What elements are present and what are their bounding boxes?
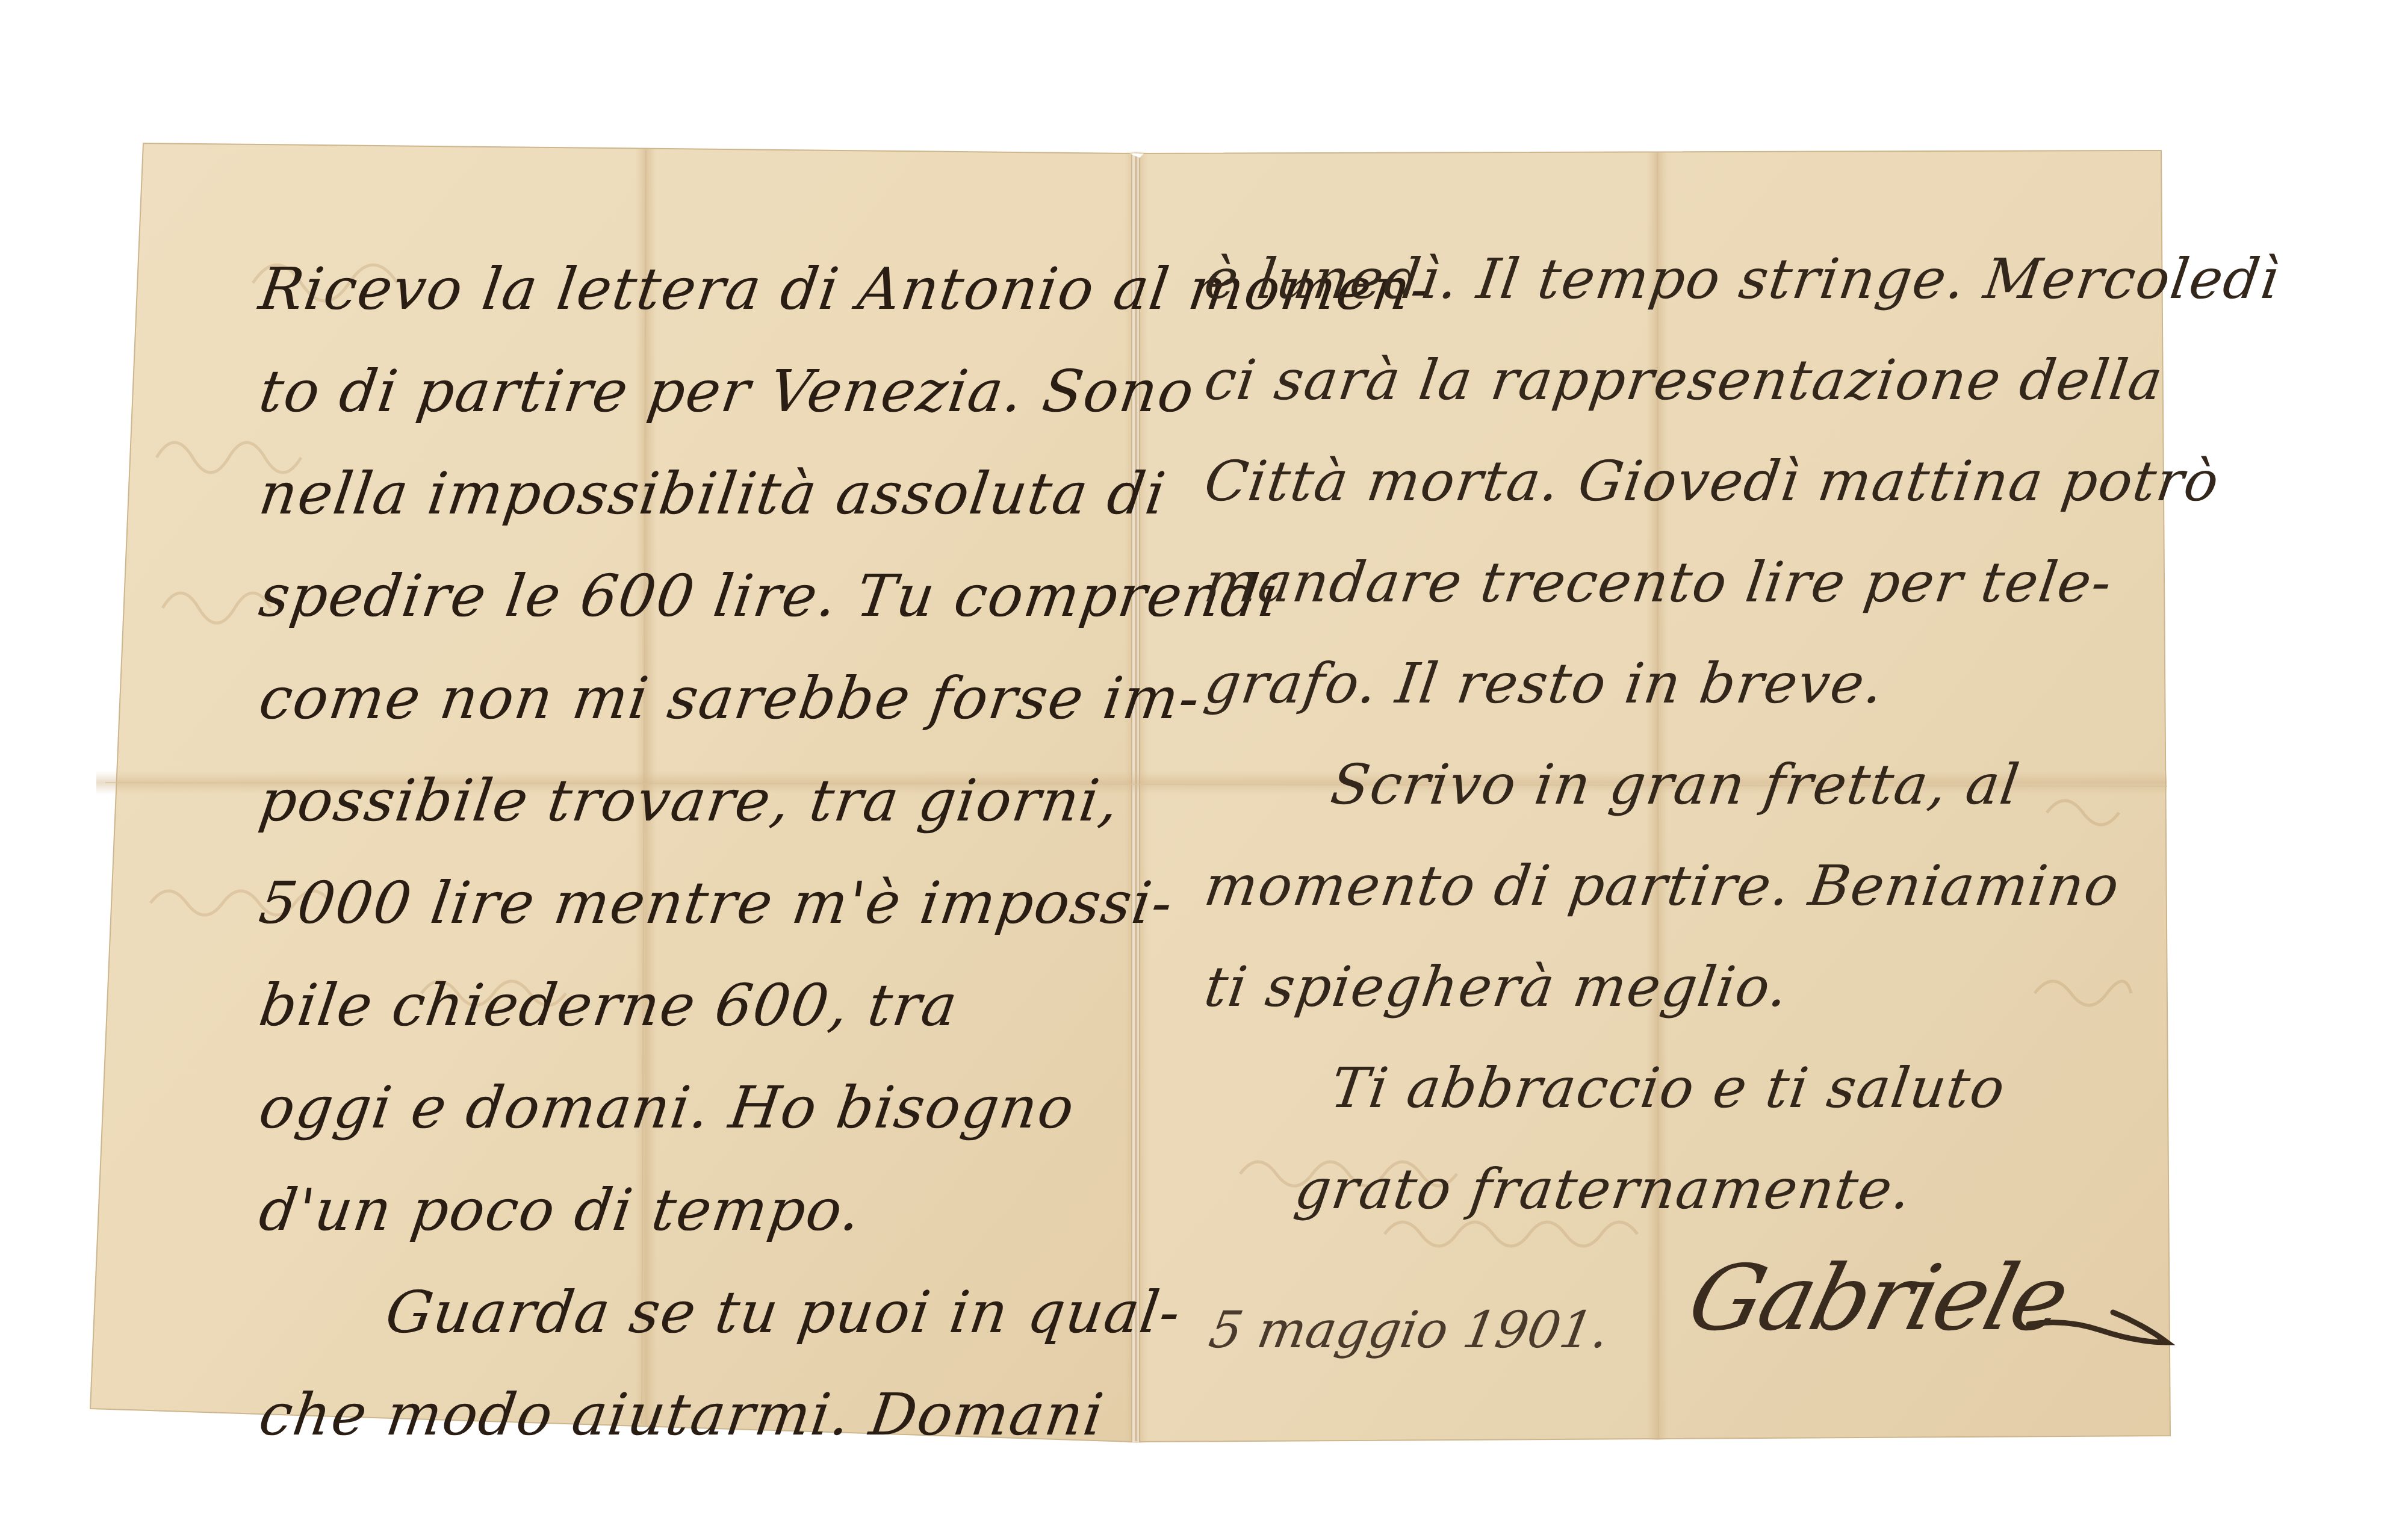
letter-line: oggi e domani. Ho bisogno (253, 1056, 1128, 1159)
letter-line: grato fraternamente. (1198, 1139, 2152, 1240)
letter-photograph: Ricevo la lettera di Antonio al momen- t… (0, 0, 2408, 1523)
letter-line: è lunedì. Il tempo stringe. Mercoledì (1198, 229, 2152, 330)
letter-date: 5 maggio 1901. (1205, 1300, 1613, 1359)
right-page-text: è lunedì. Il tempo stringe. Mercoledì ci… (1198, 229, 2137, 1240)
letter-closing: 5 maggio 1901. Gabriele (1198, 1258, 2137, 1391)
letter-line: Ti abbraccio e ti saluto (1198, 1038, 2152, 1139)
letter-line: nella impossibilità assoluta di (253, 442, 1128, 545)
letter-line: bile chiederne 600, tra (253, 954, 1128, 1056)
letter-line: Ricevo la lettera di Antonio al momen- (253, 238, 1128, 340)
letter-line: mandare trecento lire per tele- (1198, 532, 2152, 633)
letter-line: Guarda se tu puoi in qual- (253, 1261, 1128, 1363)
letter-line: Città morta. Giovedì mattina potrò (1198, 431, 2152, 532)
letter-line: to di partire per Venezia. Sono (253, 340, 1128, 442)
letter-line: momento di partire. Beniamino (1198, 836, 2152, 937)
signature-flourish-icon (2023, 1288, 2179, 1360)
letter-line: come non mi sarebbe forse im- (253, 647, 1128, 749)
letter-line: grafo. Il resto in breve. (1198, 633, 2152, 734)
left-page-text: Ricevo la lettera di Antonio al momen- t… (253, 238, 1114, 1466)
letter-line: d'un poco di tempo. (253, 1159, 1128, 1261)
letter-line: che modo aiutarmi. Domani (253, 1363, 1128, 1466)
letter-line: Scrivo in gran fretta, al (1198, 734, 2152, 836)
letter-line: ti spiegherà meglio. (1198, 937, 2152, 1038)
letter-line: spedire le 600 lire. Tu comprendi (253, 545, 1128, 647)
signature: Gabriele (1678, 1246, 2077, 1351)
letter-line: 5000 lire mentre m'è impossi- (253, 852, 1128, 954)
letter-line: ci sarà la rappresentazione della (1198, 330, 2152, 431)
letter-line: possibile trovare, tra giorni, (253, 749, 1128, 852)
